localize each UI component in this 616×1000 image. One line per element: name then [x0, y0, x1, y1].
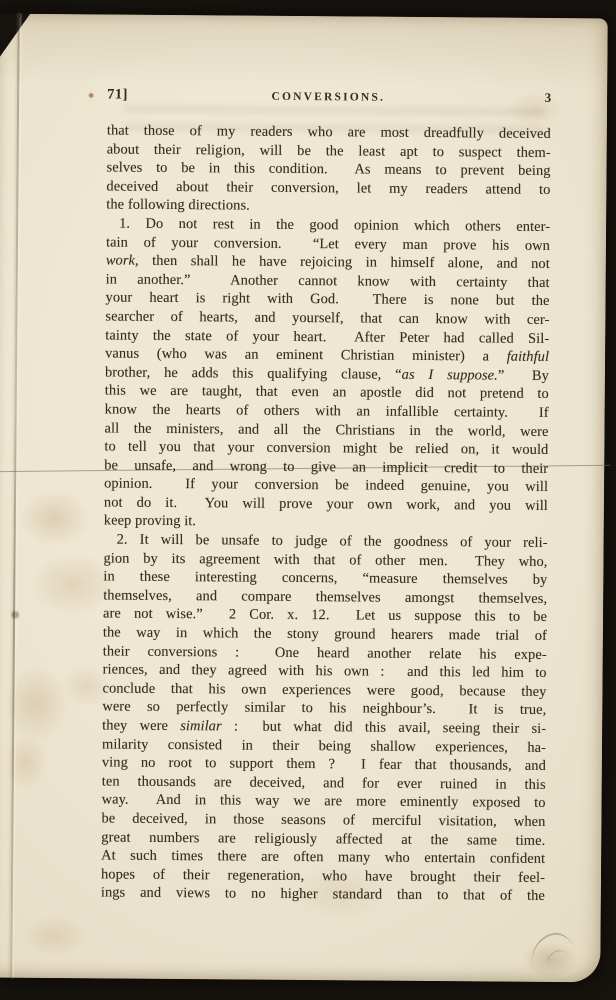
text-segment: about their religion, will be the least …	[107, 141, 551, 160]
photo-background: 71] CONVERSIONS. 3 that those of my read…	[0, 0, 616, 1000]
running-title: CONVERSIONS.	[271, 91, 385, 104]
text-segment: , then shall he have rejoicing in himsel…	[135, 253, 550, 272]
text-segment: great numbers are religiously affected a…	[101, 829, 545, 848]
text-segment: this we are taught, that even an apostle…	[105, 383, 549, 402]
text-segment: hopes of their regeneration, who have br…	[101, 866, 545, 885]
text-segment: themselves, and compare themselves among…	[103, 587, 547, 606]
text-segment: keep proving it.	[104, 513, 196, 530]
text-line: ings and views to no higher standard tha…	[101, 884, 545, 906]
text-segment: ving no root to support them ? I fear th…	[102, 755, 546, 774]
text-segment: milarity consisted in their being shallo…	[102, 736, 546, 755]
text-segment: the way in which the stony ground hearer…	[103, 625, 547, 644]
text-segment: ” By	[498, 367, 549, 383]
text-segment: not do it. You will prove your own work,…	[104, 494, 548, 513]
text-segment: know the hearts of others with an infall…	[105, 401, 549, 420]
text-segment: gion by its agreement with that of other…	[103, 550, 547, 569]
text-segment: your heart is right with God. There is n…	[106, 290, 550, 309]
text-segment: in another.” Another cannot know with ce…	[106, 271, 550, 290]
text-segment: way. And in this way we are more eminent…	[102, 792, 546, 811]
text-segment: opinion. If your conversion be indeed ge…	[104, 476, 548, 495]
text-segment: the following directions.	[106, 197, 250, 214]
text-column: 71] CONVERSIONS. 3 that those of my read…	[101, 86, 551, 905]
page-crease	[10, 14, 20, 978]
text-segment: all the ministers, and all the Christian…	[104, 420, 548, 439]
book-page: 71] CONVERSIONS. 3 that those of my read…	[0, 14, 608, 983]
signature-mark: 71]	[107, 86, 128, 103]
italic-text: as I suppose.	[402, 367, 498, 384]
italic-text: faithful	[507, 349, 550, 365]
text-segment: At such times there are often many who e…	[101, 848, 545, 867]
paragraph: 2. It will be unsafe to judge of the goo…	[101, 531, 548, 906]
text-segment: 2. It will be unsafe to judge of the goo…	[117, 532, 548, 551]
text-segment: tainty the state of your heart. After Pe…	[105, 327, 549, 346]
text-segment: tain of your conversion. “Let every man …	[106, 234, 550, 253]
text-segment: that those of my readers who are most dr…	[107, 122, 551, 141]
page-header: 71] CONVERSIONS. 3	[107, 86, 551, 105]
text-segment: vanus (who was an eminent Christian mini…	[105, 346, 507, 365]
clipped-corner	[0, 13, 31, 65]
text-segment: brother, he adds this qualifying clause,…	[105, 364, 402, 382]
page-text: that those of my readers who are most dr…	[101, 121, 551, 905]
italic-text: work	[106, 253, 135, 269]
text-segment: be deceived, in those seasons of mercifu…	[101, 810, 545, 829]
text-segment: they were	[102, 717, 180, 734]
italic-text: similar	[180, 718, 222, 734]
text-segment: 1. Do not rest in the good opinion which…	[119, 216, 550, 235]
paragraph: that those of my readers who are most dr…	[106, 121, 551, 217]
text-segment: ings and views to no higher standard tha…	[101, 885, 545, 904]
text-segment: selves to be in this condition. As means…	[107, 160, 551, 179]
text-segment: be unsafe, and wrong to give an implicit…	[104, 457, 548, 476]
text-segment: ten thousands are deceived, and for ever…	[102, 773, 546, 792]
text-segment: were so perfectly similar to his neighbo…	[102, 699, 546, 718]
text-segment: : but what did this avail, seeing their …	[222, 718, 547, 737]
text-segment: in these interesting concerns, “measure …	[103, 569, 547, 588]
text-segment: searcher of hearts, and yourself, that c…	[105, 308, 549, 327]
text-segment: their conversions : One heard another re…	[103, 643, 547, 662]
text-segment: are not wise.” 2 Cor. x. 12. Let us supp…	[103, 606, 547, 625]
page-number: 3	[545, 90, 552, 106]
text-segment: riences, and they agreed with his own : …	[103, 662, 547, 681]
text-segment: deceived about their conversion, let my …	[106, 178, 550, 197]
text-segment: conclude that his own experiences were g…	[102, 680, 546, 699]
paragraph: 1. Do not rest in the good opinion which…	[104, 214, 550, 534]
text-segment: to tell you that your conversion might b…	[104, 439, 548, 458]
